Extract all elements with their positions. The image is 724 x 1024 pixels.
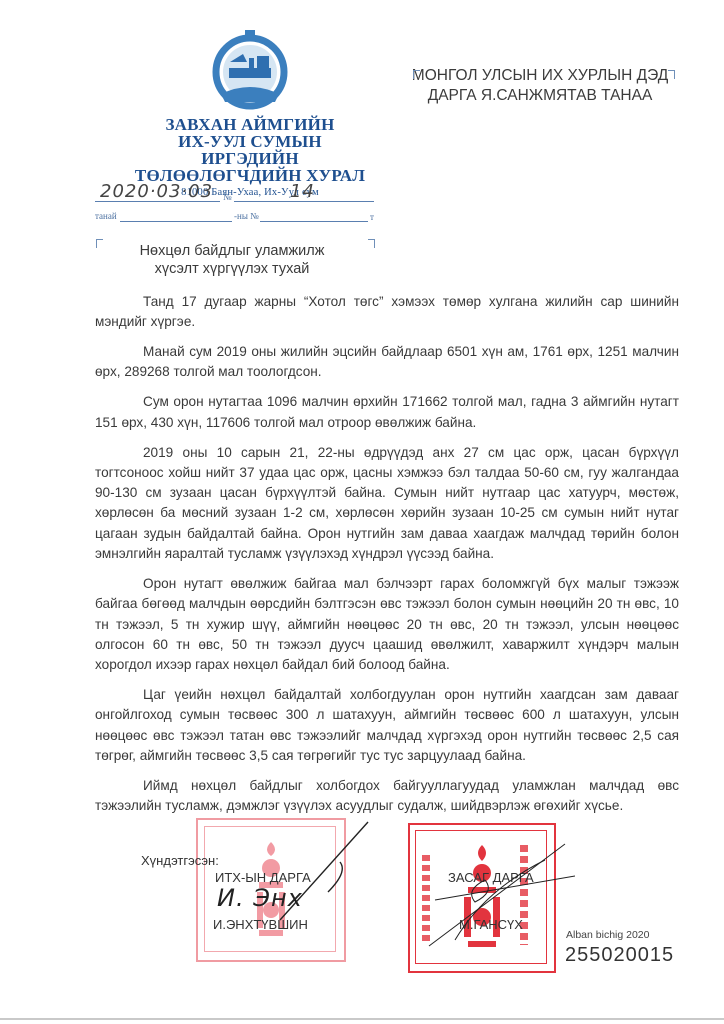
handwritten-date: 2020·03·03 <box>100 181 213 202</box>
corner-mark <box>668 70 675 79</box>
corner-mark <box>96 239 103 248</box>
org-line-2: ИХ-УУЛ СУМЫН ИРГЭДИЙН <box>130 133 370 167</box>
body-paragraph: 2019 оны 10 сарын 21, 22-ны өдрүүдэд анх… <box>95 443 679 565</box>
subject-line-1: Нөхцөл байдлыг уламжилж <box>122 242 342 260</box>
letter-body: Танд 17 дугаар жарны “Хотол төгс” хэмээх… <box>95 292 679 826</box>
suffix-label: т <box>370 212 374 222</box>
ref-underline <box>260 221 368 222</box>
body-paragraph: Манай сум 2019 оны жилийн эцсийн байдлаа… <box>95 342 679 383</box>
page-bottom-edge <box>0 1018 724 1020</box>
corner-mark <box>413 70 420 79</box>
recipient-line-1: МОНГОЛ УЛСЫН ИХ ХУРЛЫН ДЭД <box>405 66 675 86</box>
respect-closing: Хүндэтгэсэн: <box>141 853 219 868</box>
subject-title: Нөхцөл байдлыг уламжилж хүсэлт хүргүүлэх… <box>122 242 342 278</box>
body-paragraph: Иймд нөхцөл байдлыг холбогдох байгууллаг… <box>95 776 679 817</box>
body-paragraph: Цаг үеийн нөхцөл байдалтай холбогдуулан … <box>95 685 679 766</box>
corner-mark <box>368 239 375 248</box>
your-underline <box>120 221 232 222</box>
registration-number: 255020015 <box>565 944 674 967</box>
recipient-block: МОНГОЛ УЛСЫН ИХ ХУРЛЫН ДЭД ДАРГА Я.САНЖМ… <box>405 66 675 106</box>
body-paragraph: Орон нутагт өвөлжиж байгаа мал бэлчээрт … <box>95 574 679 675</box>
ref-label: -ны № <box>234 211 259 221</box>
handwritten-number: 14 <box>290 181 315 202</box>
body-paragraph: Танд 17 дугаар жарны “Хотол төгс” хэмээх… <box>95 292 679 333</box>
your-label: танай <box>95 211 117 221</box>
recipient-line-2: ДАРГА Я.САНЖМЯТАВ ТАНАА <box>405 86 675 106</box>
subject-line-2: хүсэлт хүргүүлэх тухай <box>122 260 342 278</box>
signature-stroke <box>425 840 575 950</box>
state-emblem-icon <box>205 28 295 114</box>
date-underline <box>95 201 220 202</box>
body-paragraph: Сум орон нутагтаа 1096 малчин өрхийн 171… <box>95 392 679 433</box>
signature-stroke <box>270 820 380 930</box>
registration-label: Alban bichig 2020 <box>566 929 649 941</box>
number-label: № <box>223 192 232 202</box>
org-line-1: ЗАВХАН АЙМГИЙН <box>130 116 370 133</box>
